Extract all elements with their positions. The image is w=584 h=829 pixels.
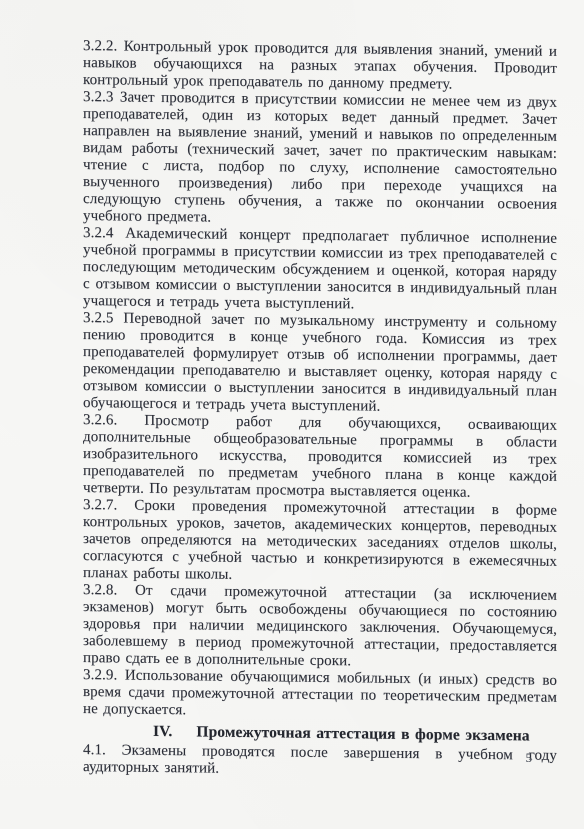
text-block: 3.2.2. Контрольный урок проводится для в…: [83, 38, 557, 782]
paragraph-3-2-5: 3.2.5 Переводной зачет по музыкальному и…: [83, 310, 557, 418]
paragraph-3-2-8: 3.2.8. От сдачи промежуточной аттестации…: [83, 582, 557, 673]
section-heading-title: Промежуточная аттестация в форме экзамен…: [196, 723, 529, 744]
section-heading: IV.Промежуточная аттестация в форме экза…: [83, 722, 557, 745]
paragraph-3-2-7: 3.2.7. Сроки проведения промежуточной ат…: [83, 497, 557, 588]
paragraph-3-2-6: 3.2.6. Просмотр работ для обучающихся, о…: [83, 412, 557, 503]
page-number: 5: [526, 750, 533, 766]
paragraph-3-2-4: 3.2.4 Академический концерт предполагает…: [83, 225, 557, 316]
section-heading-numeral: IV.: [153, 723, 172, 740]
paragraph-4-1: 4.1. Экзамены проводятся после завершени…: [83, 742, 557, 782]
scanned-document-page: 3.2.2. Контрольный урок проводится для в…: [0, 0, 584, 829]
paragraph-3-2-2: 3.2.2. Контрольный урок проводится для в…: [83, 38, 557, 95]
paragraph-3-2-3: 3.2.3 Зачет проводится в присутствии ком…: [83, 89, 557, 231]
paragraph-3-2-9: 3.2.9. Использование обучающимися мобиль…: [83, 667, 557, 724]
